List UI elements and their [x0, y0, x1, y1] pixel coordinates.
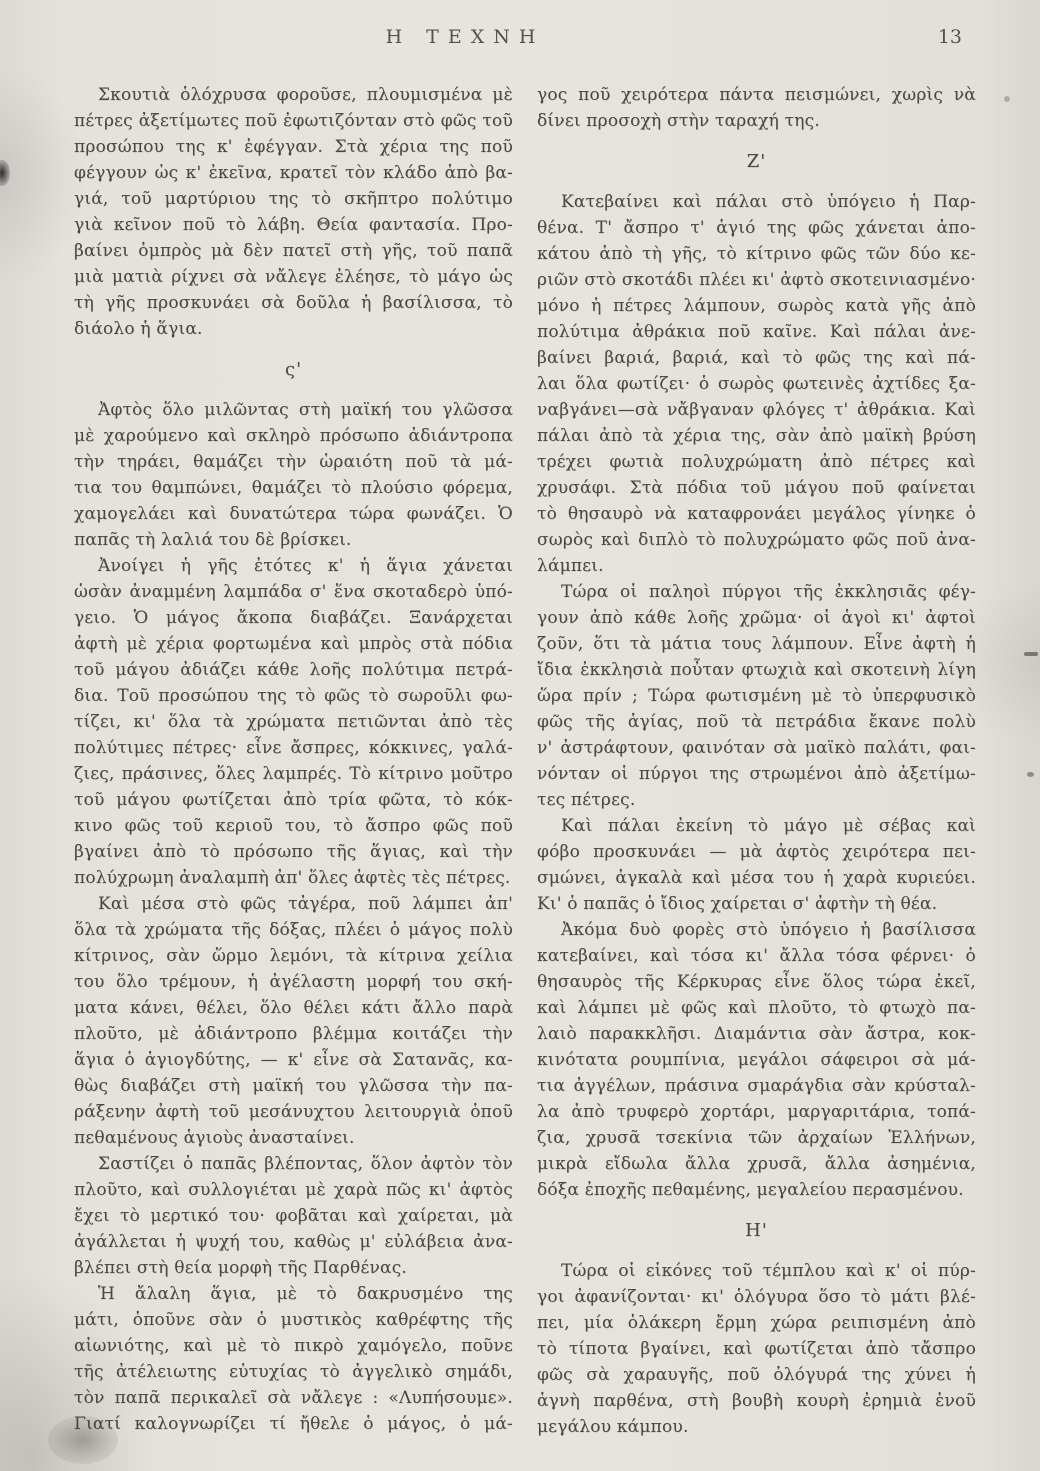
paragraph: Κατεβαίνει καὶ πάλαι στὸ ὑπόγειο ἡ Παρ-θ…: [537, 189, 976, 579]
text-line: τὸ τίποτα βγαίνει, καὶ φωτίζεται ἀπὸ τἄσ…: [537, 1336, 976, 1362]
paragraph: γος ποῦ χειρότερα πάντα πεισμώνει, χωρὶς…: [537, 82, 976, 134]
text-line: τοῦ μάγου ἀδιάζει κάθε λοῆς πολύτιμα πετ…: [74, 657, 513, 683]
text-line: Κατεβαίνει καὶ πάλαι στὸ ὑπόγειο ἡ Παρ-: [537, 189, 976, 215]
text-line: Καὶ μέσα στὸ φῶς τἀγέρα, ποῦ λάμπει ἀπ': [74, 891, 513, 917]
page-header: Η ΤΕΧΝΗ 13: [0, 26, 1040, 56]
text-line: γουν ἀπὸ κάθε λοῆς χρῶμα· οἱ ἁγοὶ κι' ἀφ…: [537, 605, 976, 631]
paragraph: Καὶ μέσα στὸ φῶς τἀγέρα, ποῦ λάμπει ἀπ'ὅ…: [74, 891, 513, 1151]
text-line: βγαίνει ἀπὸ τὸ πρόσωπο τῆς ἅγιας, καὶ τὴ…: [74, 839, 513, 865]
scanned-page: Η ΤΕΧΝΗ 13 Σκουτιὰ ὁλόχρυσα φοροῦσε, πλο…: [0, 0, 1040, 1471]
text-line: μικρὰ εἴδωλα ἄλλα χρυσᾶ, ἄλλα ἀσημένια,: [537, 1151, 976, 1177]
text-line: ἅγια ὁ ἁγιογδύτης, — κ' εἶνε σὰ Σατανᾶς,…: [74, 1047, 513, 1073]
text-line: τίζει, κι' ὅλα τὰ χρώματα πετιῶνται ἀπὸ …: [74, 709, 513, 735]
text-line: πολύχρωμη ἀναλαμπὴ ἀπ' ὅλες ἀφτὲς τὲς πέ…: [74, 865, 513, 891]
edge-mark-artifact: [1027, 772, 1034, 777]
text-line: διάολο ἡ ἅγια.: [74, 316, 513, 342]
text-line: φόβο προσκυνάει — μὰ ἀφτὸς χειρότερα πει…: [537, 839, 976, 865]
page-number: 13: [938, 26, 962, 48]
text-line: Τώρα οἱ παληοὶ πύργοι τῆς ἐκκλησιᾶς φέγ-: [537, 579, 976, 605]
text-line: Σαστίζει ὁ παπᾶς βλέποντας, ὅλον ἀφτὸν τ…: [74, 1151, 513, 1177]
text-line: λα ἀπὸ τρυφερὸ χορτάρι, μαργαριτάρια, το…: [537, 1099, 976, 1125]
section-heading: Ζ': [537, 149, 976, 175]
text-line: τια ἀγγέλων, πράσινα σμαράγδια σὰν κρύστ…: [537, 1073, 976, 1099]
text-line: τὴ γῆς προσκυνάει σὰ δοῦλα ἡ βασίλισσα, …: [74, 290, 513, 316]
text-line: τὸν παπᾶ περικαλεῖ σὰ νἄλεγε : «Λυπήσουμ…: [74, 1385, 513, 1411]
text-line: Γιατί καλογνωρίζει τί ἤθελε ὁ μάγος, ὁ μ…: [74, 1411, 513, 1437]
text-line: πει, μία ὁλάκερη ἔρμη χώρα ρειπισμένη ἀπ…: [537, 1310, 976, 1336]
text-line: ράξενην ἀφτὴ τοῦ μεσάνυχτου λειτουργιὰ ὁ…: [74, 1099, 513, 1125]
text-line: κίτρινος, σὰν ὥρμο λεμόνι, τὰ κίτρινα χε…: [74, 943, 513, 969]
right-column: γος ποῦ χειρότερα πάντα πεισμώνει, χωρὶς…: [537, 82, 976, 1440]
text-columns: Σκουτιὰ ὁλόχρυσα φοροῦσε, πλουμισμένα μὲ…: [74, 82, 976, 1440]
text-line: φέγγουν ὡς κ' ἐκεῖνα, κρατεῖ τὸν κλάδο ἀ…: [74, 160, 513, 186]
text-line: ὅλα τὰ χρώματα τῆς δόξας, πλέει ὁ μάγος …: [74, 917, 513, 943]
text-line: Ἀνοίγει ἡ γῆς ἐτότες κ' ἡ ἅγια χάνεται: [74, 553, 513, 579]
text-line: θησαυρὸς τῆς Κέρκυρας εἶνε ὅλος τώρα ἐκε…: [537, 969, 976, 995]
paragraph: Σαστίζει ὁ παπᾶς βλέποντας, ὅλον ἀφτὸν τ…: [74, 1151, 513, 1281]
text-line: τοῦ μάγου φωτίζεται ἀπὸ τρία φῶτα, τὸ κό…: [74, 787, 513, 813]
paragraph: Τώρα οἱ παληοὶ πύργοι τῆς ἐκκλησιᾶς φέγ-…: [537, 579, 976, 813]
section-heading: ς': [74, 357, 513, 383]
paragraph: Καὶ πάλαι ἐκείνη τὸ μάγο μὲ σέβας καὶφόβ…: [537, 813, 976, 917]
text-line: σμώνει, ἀγκαλὰ καὶ μέσα του ἡ χαρὰ κυριε…: [537, 865, 976, 891]
text-line: καὶ λάμπει μὲ φῶς καὶ πλοῦτο, τὸ φτωχὸ π…: [537, 995, 976, 1021]
text-line: ζοῦν, ὅτι τὰ μάτια τους λάμπουν. Εἶνε ἀφ…: [537, 631, 976, 657]
text-line: ἀγάλλεται ἡ ψυχή του, καθὼς μ' εὐλάβεια …: [74, 1229, 513, 1255]
text-line: τια του θαμπώνει, θαμάζει τὸ πλούσιο φόρ…: [74, 475, 513, 501]
text-line: λαι ὅλα φωτίζει· ὁ σωρὸς φωτεινὲς ἀχτίδε…: [537, 371, 976, 397]
text-line: δια. Τοῦ προσώπου της τὸ φῶς τὸ σωροῦλι …: [74, 683, 513, 709]
text-line: μιὰ ματιὰ ρίχνει σὰ νἄλεγε ἐλέησε, τὸ μά…: [74, 264, 513, 290]
paragraph: Σκουτιὰ ὁλόχρυσα φοροῦσε, πλουμισμένα μὲ…: [74, 82, 513, 342]
text-line: Ἡ ἄλαλη ἅγια, μὲ τὸ δακρυσμένο της: [74, 1281, 513, 1307]
text-line: γος ποῦ χειρότερα πάντα πεισμώνει, χωρὶς…: [537, 82, 976, 108]
section-heading: Η': [537, 1218, 976, 1244]
text-line: ναβγάνει—σὰ νἄβγαναν φλόγες τ' ἀθράκια. …: [537, 397, 976, 423]
text-line: κινο φῶς τοῦ κεριοῦ του, τὸ ἄσπρο φῶς πο…: [74, 813, 513, 839]
text-line: βαίνει βαριά, βαριά, καὶ τὸ φῶς της καὶ …: [537, 345, 976, 371]
text-line: πολύτιμες πέτρες· εἶνε ἄσπρες, κόκκινες,…: [74, 735, 513, 761]
speck-artifact: [1004, 96, 1010, 102]
text-line: Ἀκόμα δυὸ φορὲς στὸ ὑπόγειο ἡ βασίλισσα: [537, 917, 976, 943]
text-line: μὲ χαρούμενο καὶ σκληρὸ πρόσωπο ἀδιάντρο…: [74, 423, 513, 449]
text-line: Σκουτιὰ ὁλόχρυσα φοροῦσε, πλουμισμένα μὲ: [74, 82, 513, 108]
text-line: γειο. Ὁ μάγος ἄκοπα διαβάζει. Ξανάρχεται: [74, 605, 513, 631]
text-line: δίνει προσοχὴ στὴν ταραχή της.: [537, 108, 976, 134]
text-line: χρυσάφι. Στὰ πόδια τοῦ μάγου ποῦ φαίνετα…: [537, 475, 976, 501]
text-line: τες πέτρες.: [537, 787, 976, 813]
text-line: τῆς ἀτέλειωτης εὐτυχίας τὸ ἀγγελικὸ σημά…: [74, 1359, 513, 1385]
text-line: τρέχει φωτιὰ πολυχρώματη ἀπὸ πέτρες καὶ: [537, 449, 976, 475]
text-line: κάτου ἀπὸ τὴ γῆς, τὸ κίτρινο φῶς τῶν δύο…: [537, 241, 976, 267]
text-line: πλοῦτο, μὲ ἀδιάντροπο βλέμμα κοιτάζει τὴ…: [74, 1021, 513, 1047]
text-line: τὴν τηράει, θαμάζει τὴν ὡραιότη ποῦ τὰ μ…: [74, 449, 513, 475]
text-line: μόνο ἡ πέτρες λάμπουν, σωρὸς κατὰ γῆς ἀπ…: [537, 293, 976, 319]
text-line: ν' ἀστράφτουν, φαινόταν σὰ μαϊκὸ παλάτι,…: [537, 735, 976, 761]
text-line: λάμπει.: [537, 553, 976, 579]
paragraph: Ἡ ἄλαλη ἅγια, μὲ τὸ δακρυσμένο τηςμάτι, …: [74, 1281, 513, 1437]
text-line: φῶς τῆς ἁγίας, ποῦ τὰ πετράδια ἔκανε πολ…: [537, 709, 976, 735]
text-line: κατεβαίνει, καὶ τόσα κι' ἄλλα τόσα φέρνε…: [537, 943, 976, 969]
text-line: ὥρα πρίν ; Τώρα φωτισμένη μὲ τὸ ὑπερφυσι…: [537, 683, 976, 709]
text-line: ὡσὰν ἀναμμένη λαμπάδα σ' ἕνα σκοταδερὸ ὑ…: [74, 579, 513, 605]
text-line: ἀφτὴ μὲ χέρια φορτωμένα καὶ μπρὸς στὰ πό…: [74, 631, 513, 657]
text-line: Τώρα οἱ εἰκόνες τοῦ τέμπλου καὶ κ' οἱ πύ…: [537, 1258, 976, 1284]
paragraph: Ἀκόμα δυὸ φορὲς στὸ ὑπόγειο ἡ βασίλισσακ…: [537, 917, 976, 1203]
text-line: πεθαμένους ἁγιοὺς ἀνασταίνει.: [74, 1125, 513, 1151]
text-line: τὸ θησαυρὸ νὰ καταφρονάει μεγάλος γίνηκε…: [537, 501, 976, 527]
text-line: δόξα ἐποχῆς πεθαμένης, μεγαλείου περασμέ…: [537, 1177, 976, 1203]
text-line: μεγάλου κάμπου.: [537, 1414, 976, 1440]
text-line: ἔχει τὸ μερτικό του· φοβᾶται καὶ χαίρετα…: [74, 1203, 513, 1229]
text-line: φῶς σὰ χαραυγῆς, ποῦ ὁλόγυρά της χύνει ἡ: [537, 1362, 976, 1388]
text-line: κινότατα ρουμπίνια, μεγάλοι σάφειροι σὰ …: [537, 1047, 976, 1073]
paragraph: Τώρα οἱ εἰκόνες τοῦ τέμπλου καὶ κ' οἱ πύ…: [537, 1258, 976, 1440]
text-line: χαμογελάει καὶ δυνατώτερα τώρα φωνάζει. …: [74, 501, 513, 527]
text-line: πολύτιμα ἀθράκια ποῦ καῖνε. Καὶ πάλαι ἀν…: [537, 319, 976, 345]
text-line: σωρὸς καὶ διπλὸ τὸ πολυχρώματο φῶς ποῦ ἀ…: [537, 527, 976, 553]
ink-spot-artifact: [0, 160, 10, 186]
journal-title: Η ΤΕΧΝΗ: [0, 26, 930, 48]
text-line: πάλαι ἀπὸ τὰ χέρια της, σὰν ἀπὸ μαϊκὴ βρ…: [537, 423, 976, 449]
text-line: βαίνει ὀμπρὸς μὰ δὲν πατεῖ στὴ γῆς, τοῦ …: [74, 238, 513, 264]
text-line: μάτι, ὁποῦνε σὰν ὁ μυστικὸς καθρέφτης τῆ…: [74, 1307, 513, 1333]
paragraph: Ἀφτὸς ὅλο μιλῶντας στὴ μαϊκή του γλῶσσαμ…: [74, 397, 513, 553]
text-line: πέτρες ἀξετίμωτες ποῦ ἐφωτιζόνταν στὸ φῶ…: [74, 108, 513, 134]
text-line: βλέπει στὴ θεία μορφὴ τῆς Παρθένας.: [74, 1255, 513, 1281]
text-line: ζιες, πράσινες, ὅλες λαμπρές. Τὸ κίτρινο…: [74, 761, 513, 787]
text-line: πλοῦτο, καὶ συλλογιέται μὲ χαρὰ πῶς κι' …: [74, 1177, 513, 1203]
text-line: ριῶν στὸ σκοτάδι πλέει κι' ἀφτὸ σκοτεινι…: [537, 267, 976, 293]
text-line: Ἀφτὸς ὅλο μιλῶντας στὴ μαϊκή του γλῶσσα: [74, 397, 513, 423]
text-line: θὼς διαβάζει στὴ μαϊκή του γλῶσσα τὴν πα…: [74, 1073, 513, 1099]
edge-mark-artifact: [1024, 652, 1038, 656]
text-line: του ὅλο τρέμουν, ἡ ἀγέλαστη μορφή του σκ…: [74, 969, 513, 995]
text-line: γοι ἀφανίζονται· κι' ὁλόγυρα ὅσο τὸ μάτι…: [537, 1284, 976, 1310]
text-line: λαιὸ παρακκλῆσι. Διαμάντια σὰν ἄστρα, κο…: [537, 1021, 976, 1047]
text-line: ἴδια ἐκκλησιὰ ποὖταν φτωχιὰ καὶ σκοτεινὴ…: [537, 657, 976, 683]
text-line: παπᾶς τὴ λαλιά του δὲ βρίσκει.: [74, 527, 513, 553]
text-line: αἰωνιότης, καὶ μὲ τὸ πικρὸ χαμόγελο, ποῦ…: [74, 1333, 513, 1359]
text-line: ἁγνὴ παρθένα, στὴ βουβὴ κουρὴ ἐρημιὰ ἑνο…: [537, 1388, 976, 1414]
text-line: Καὶ πάλαι ἐκείνη τὸ μάγο μὲ σέβας καὶ: [537, 813, 976, 839]
text-line: θένα. Τ' ἄσπρο τ' ἁγιό της φῶς χάνεται ἀ…: [537, 215, 976, 241]
text-line: νόνταν οἱ πύργοι της στρωμένοι ἀπὸ ἀξετί…: [537, 761, 976, 787]
text-line: Κι' ὁ παπᾶς ὁ ἴδιος χαίρεται σ' ἀφτὴν τὴ…: [537, 891, 976, 917]
text-line: προσώπου της κ' ἐφέγγαν. Στὰ χέρια της π…: [74, 134, 513, 160]
text-line: ματα κάνει, θέλει, ὅλο θέλει κάτι ἄλλο π…: [74, 995, 513, 1021]
paragraph: Ἀνοίγει ἡ γῆς ἐτότες κ' ἡ ἅγια χάνεταιὡσ…: [74, 553, 513, 891]
left-column: Σκουτιὰ ὁλόχρυσα φοροῦσε, πλουμισμένα μὲ…: [74, 82, 513, 1440]
text-line: γιὰ κεῖνον ποῦ τὸ λάβη. Θεία φαντασία. Π…: [74, 212, 513, 238]
text-line: γιά, τοῦ μαρτύριου της τὸ σκῆπτρο πολύτι…: [74, 186, 513, 212]
text-line: ζια, χρυσᾶ τσεκίνια τῶν ἀρχαίων Ἑλλήνων,: [537, 1125, 976, 1151]
